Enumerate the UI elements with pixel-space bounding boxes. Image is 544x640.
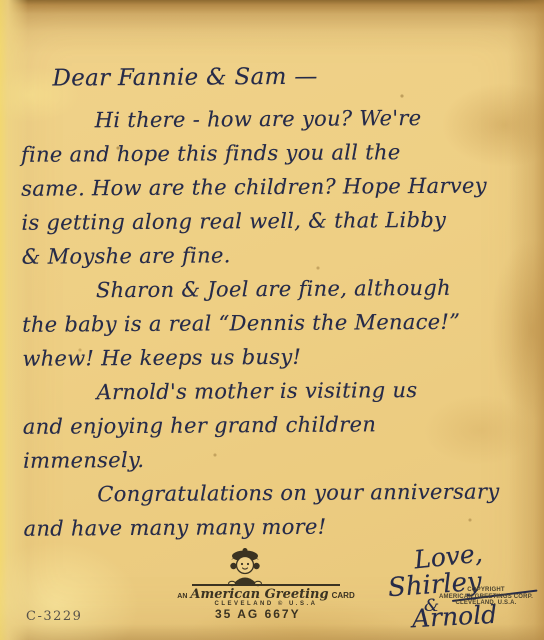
- salutation: Dear Fannie & Sam —: [20, 58, 530, 96]
- imprint-rule: [192, 584, 340, 586]
- imprint-an: AN: [177, 593, 187, 600]
- letter-line: Sharon & Joel are fine, although: [22, 270, 532, 308]
- stock-number: C-3229: [26, 609, 82, 624]
- letter-line: is getting along real well, & that Libby: [21, 202, 531, 240]
- imprint-card: CARD: [332, 591, 355, 600]
- letter-body: Dear Fannie & Sam — Hi there - how are y…: [20, 58, 533, 546]
- letter-line: Arnold's mother is visiting us: [23, 372, 533, 410]
- imprint-brand: American Greeting: [190, 587, 328, 602]
- letter-line: & Moyshe are fine.: [22, 236, 532, 274]
- letter-line: immensely.: [23, 440, 533, 478]
- letter-line: whew! He keeps us busy!: [22, 338, 532, 376]
- copyright-line: CLEVELAND, U.S.A.: [437, 600, 535, 607]
- imprint-code: 35 AG 667Y: [215, 607, 301, 621]
- letter-line: Hi there - how are you? We're: [21, 100, 531, 138]
- letter-line: and enjoying her grand children: [23, 406, 533, 444]
- letter-line: the baby is a real “Dennis the Menace!”: [22, 304, 532, 342]
- letter-paper: Dear Fannie & Sam — Hi there - how are y…: [0, 0, 544, 640]
- letter-line: fine and hope this finds you all the: [21, 134, 531, 172]
- copyright-block: COPYRIGHT AMERICAN GREETINGS CORP. CLEVE…: [437, 587, 535, 607]
- letter-line: same. How are the children? Hope Harvey: [21, 168, 531, 206]
- letter-line: Congratulations on your anniversary: [23, 474, 533, 512]
- imprint-brand-row: AN American Greeting CARD: [192, 587, 340, 602]
